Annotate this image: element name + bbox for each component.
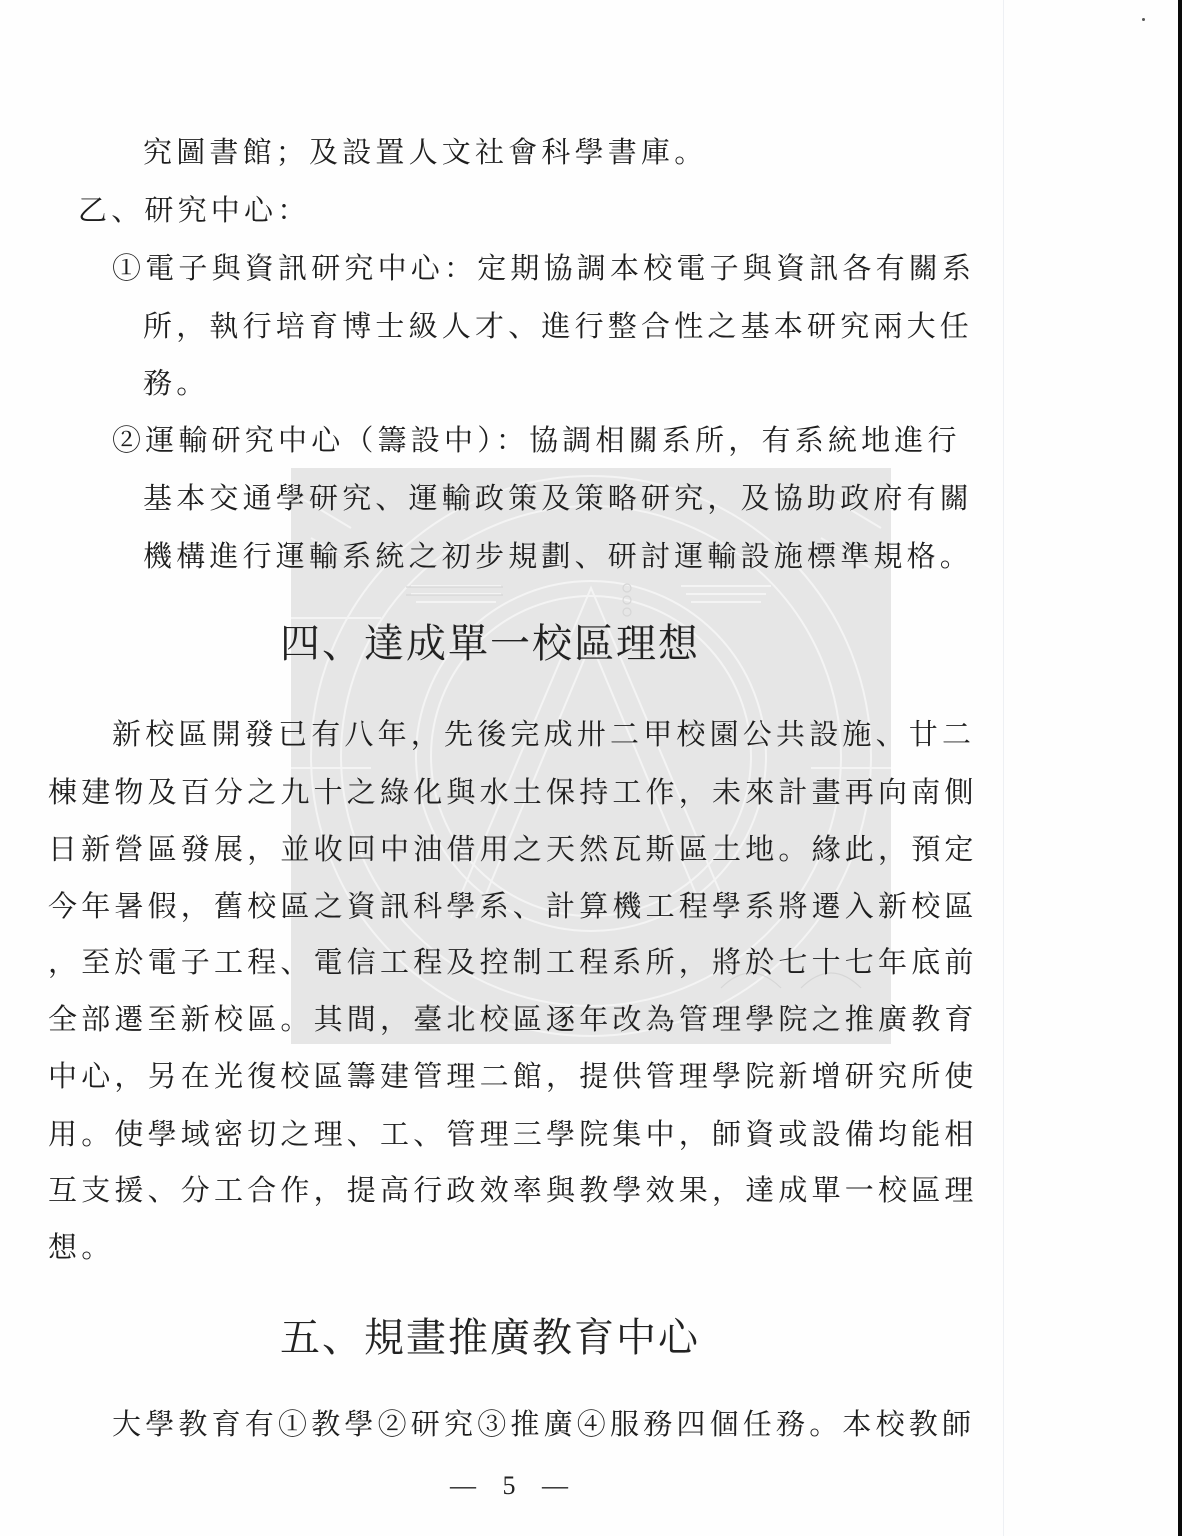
list-item-line: ①電子與資訊研究中心：定期協調本校電子與資訊各有關系: [112, 250, 975, 286]
scan-edge-border: [1178, 0, 1182, 1536]
scan-fold-line: [1003, 0, 1004, 1536]
list-item-line: 機構進行運輸系統之初步規劃、研討運輸設施標準規格。: [143, 538, 973, 574]
paragraph-line: 棟建物及百分之九十之綠化與水土保持工作，未來計畫再向南側: [48, 774, 978, 810]
page-number: — 5 —: [450, 1470, 578, 1502]
section-heading: 五、規畫推廣教育中心: [280, 1314, 700, 1362]
scan-speck: [1142, 18, 1145, 21]
paragraph-line: 全部遷至新校區。其間，臺北校區逐年改為管理學院之推廣教育: [48, 1001, 978, 1037]
paragraph-line: 想。: [48, 1229, 114, 1265]
paragraph-line: 今年暑假，舊校區之資訊科學系、計算機工程學系將遷入新校區: [48, 888, 978, 924]
list-item-line: 務。: [143, 365, 209, 401]
paragraph-line: 中心，另在光復校區籌建管理二館，提供管理學院新增研究所使: [48, 1058, 978, 1094]
paragraph-line: 新校區開發已有八年，先後完成卅二甲校園公共設施、廿二: [112, 716, 975, 752]
section-heading: 四、達成單一校區理想: [280, 620, 700, 668]
list-item-line: 所，執行培育博士級人才、進行整合性之基本研究兩大任: [143, 308, 973, 344]
paragraph-line: 互支援、分工合作，提高行政效率與教學效果，達成單一校區理: [48, 1172, 978, 1208]
subsection-title: 乙、研究中心：: [78, 192, 310, 228]
continuation-text: 究圖書館；及設置人文社會科學書庫。: [143, 134, 707, 170]
scanned-page: 究圖書館；及設置人文社會科學書庫。 乙、研究中心： ①電子與資訊研究中心：定期協…: [0, 0, 1182, 1536]
paragraph-line: 日新營區發展，並收回中油借用之天然瓦斯區土地。緣此，預定: [48, 831, 978, 867]
paragraph-line: 大學教育有①教學②研究③推廣④服務四個任務。本校教師: [112, 1406, 975, 1442]
paragraph-line: 用。使學域密切之理、工、管理三學院集中，師資或設備均能相: [48, 1116, 978, 1152]
paragraph-line: ，至於電子工程、電信工程及控制工程系所，將於七十七年底前: [48, 944, 978, 980]
list-item-line: ②運輸研究中心（籌設中）：協調相關系所，有系統地進行: [112, 422, 961, 458]
list-item-line: 基本交通學研究、運輸政策及策略研究，及協助政府有關: [143, 480, 973, 516]
